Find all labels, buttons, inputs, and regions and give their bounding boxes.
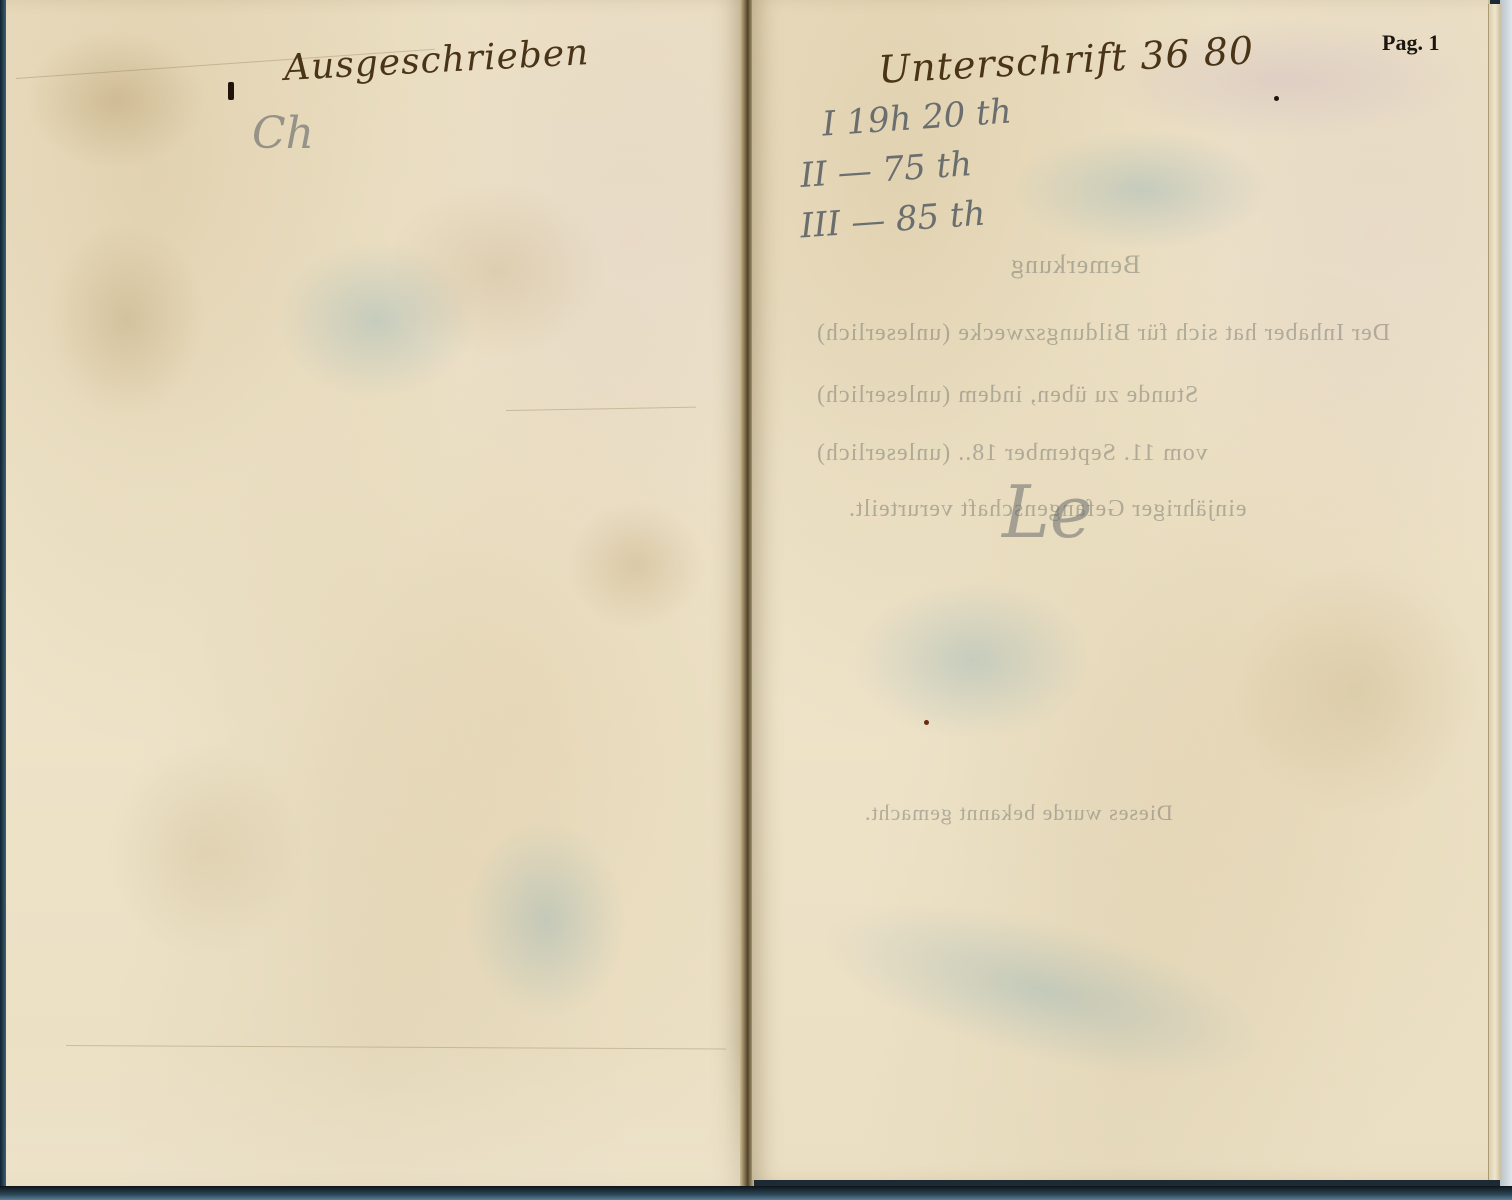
ink-dot [1274, 96, 1279, 101]
stain [46, 220, 206, 420]
pencil-note-line-3: III — 85 th [799, 194, 987, 247]
blue-smudge [802, 866, 1282, 1113]
blue-smudge [852, 580, 1092, 740]
ink-dot [924, 720, 929, 725]
blue-smudge [466, 820, 626, 1020]
left-page: Ausgeschrieben Ch [6, 0, 743, 1186]
crease [506, 407, 696, 411]
lower-band [6, 1040, 741, 1186]
scan-background-right [1500, 0, 1512, 1200]
bleed-through-footer: Dieses wurde bekannt gemacht. [864, 800, 1173, 826]
bleed-through-line-1: Der Inhaber hat sich für Bildungszwecke … [816, 320, 1390, 347]
bleed-through-line-3: vom 11. September 18.. (unleserlich) [816, 440, 1208, 467]
stain [106, 740, 306, 960]
cover-edge-bottom [0, 1186, 1512, 1200]
pencil-note-line-1: I 19h 20 th [821, 91, 1013, 144]
handwritten-note-ink: Ausgeschrieben [283, 32, 590, 89]
pencil-note-line-2: II — 75 th [799, 144, 973, 196]
bleed-through-heading: Bemerkung [1010, 250, 1140, 280]
page-edges [1488, 4, 1501, 1180]
pencil-signature: Le [1002, 470, 1092, 554]
bleed-through-line-2: Stunde zu üben, indem (unleserlich) [816, 382, 1198, 409]
book-spread: Ausgeschrieben Ch Pag. 1 Unterschrift 36… [0, 0, 1512, 1200]
stain [566, 500, 706, 630]
pencil-initials: Ch [252, 108, 314, 159]
blue-smudge [276, 240, 476, 400]
blue-smudge [1012, 130, 1272, 250]
right-page: Pag. 1 Unterschrift 36 80 I 19h 20 th II… [752, 0, 1490, 1180]
stain [26, 30, 206, 170]
stain [1232, 560, 1482, 820]
page-number: Pag. 1 [1382, 30, 1439, 56]
ink-mark [228, 82, 234, 100]
